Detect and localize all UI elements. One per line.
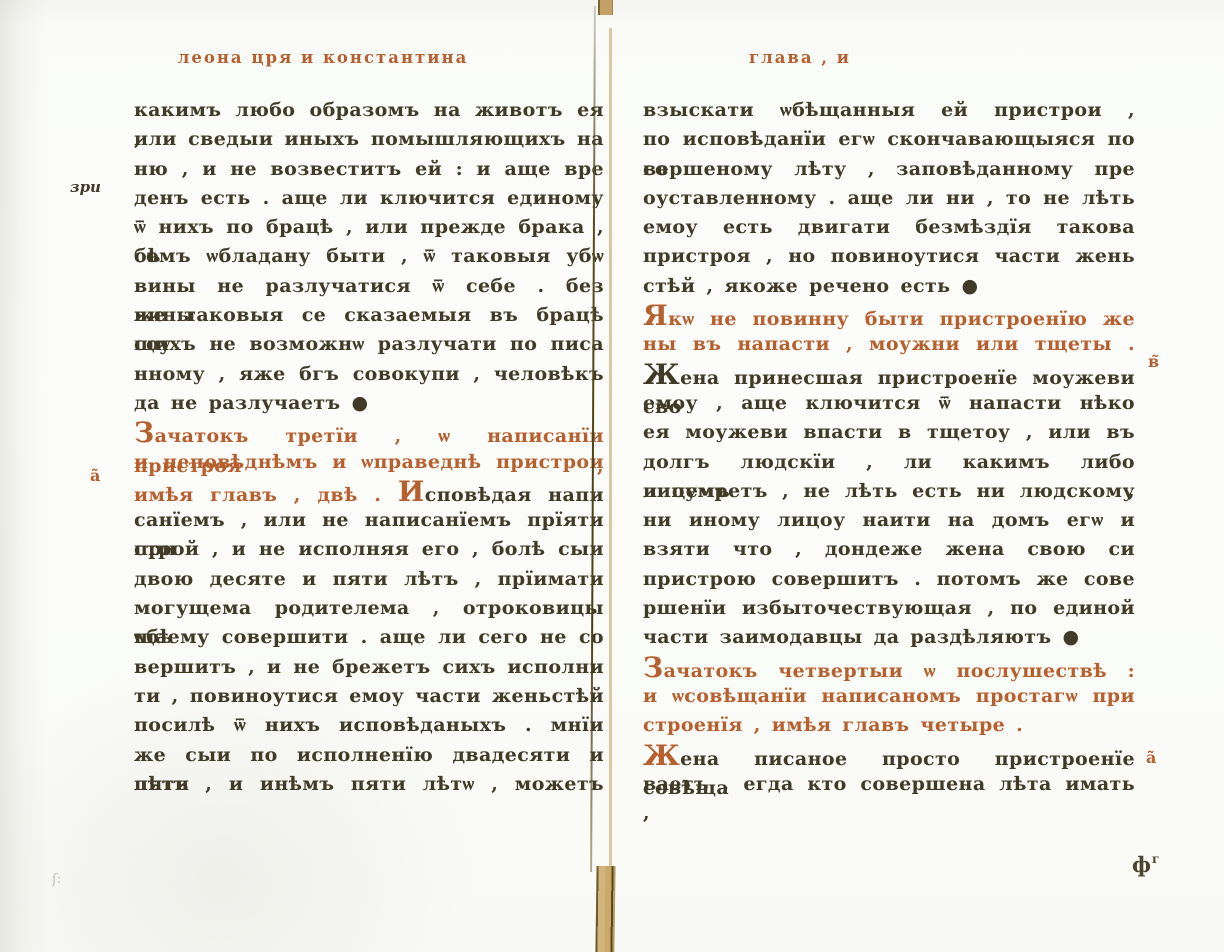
text-segment: ачатокъ четвертыи ѡ послушествѣ : xyxy=(664,660,1135,682)
text-line: или сведыи иныхъ помышляющихъ на xyxy=(134,125,604,154)
text-segment: стѣй , якоже речено есть ● xyxy=(643,275,978,297)
text-line: вершитъ , и не брежетъ сихъ исполни xyxy=(134,653,604,682)
right-text-block: взыскати ѡбѣщанныя ей пристрои ,по испов… xyxy=(643,96,1135,799)
text-line: ни иному лицоу наити на домъ егѡ и xyxy=(643,506,1135,535)
text-line: Якѡ не повинну быти пристроенїю же xyxy=(643,301,1135,330)
text-line: оуставленному . аще ли ни , то не лѣть xyxy=(643,184,1135,213)
margin-chapter-number-right-top: в̃ xyxy=(1148,352,1159,371)
initial-letter: Ж xyxy=(643,358,680,391)
text-line: ршенїи избыточествующая , по единой xyxy=(643,594,1135,623)
text-segment: ны въ напасти , моужни или тщеты . xyxy=(643,333,1135,355)
text-segment: ни иному лицоу наити на домъ егѡ и xyxy=(643,509,1135,531)
initial-letter: Ж xyxy=(643,739,680,772)
margin-chapter-number-left: а̃ xyxy=(90,466,100,485)
text-line: части заимодавцы да раздѣляютъ ● xyxy=(643,623,1135,652)
text-line: вины не разлучатися ѿ себе . без вины xyxy=(134,272,604,301)
text-line: посилѣ ѿ нихъ исповѣданыхъ . мнїи xyxy=(134,711,604,740)
text-segment: оуставленному . аще ли ни , то не лѣть xyxy=(643,187,1135,209)
text-segment: имѣя главъ , двѣ . xyxy=(134,484,398,506)
text-line: Жена принесшая пристроенїе моужеви сво xyxy=(643,360,1135,389)
text-segment: взыскати ѡбѣщанныя ей пристрои , xyxy=(643,99,1135,121)
text-line: емоу есть двигати безмѣздїя такова xyxy=(643,213,1135,242)
text-line: строй , и не исполняя его , болѣ сыи xyxy=(134,535,604,564)
text-line: и ѡсовѣщанїи написаномъ простагѡ при xyxy=(643,682,1135,711)
folio-superscript: г xyxy=(1152,852,1159,866)
right-running-title: глава , и xyxy=(700,48,900,67)
text-segment: вершитъ , и не брежетъ сихъ исполни xyxy=(134,656,604,678)
text-line: лѣтъ , и инѣмъ пяти лѣтѡ , можетъ xyxy=(134,770,604,799)
text-line: взыскати ѡбѣщанныя ей пристрои , xyxy=(643,96,1135,125)
text-line: же сыи по исполненїю двадесяти и пяти xyxy=(134,741,604,770)
initial-letter: З xyxy=(643,651,664,684)
text-segment: строй , и не исполняя его , болѣ сыи xyxy=(134,538,604,560)
text-segment: ршенїи избыточествующая , по единой xyxy=(643,597,1135,619)
text-line: же таковыя се сказаемыя въ брацѣ соу xyxy=(134,301,604,330)
text-line: да не разлучаетъ ● xyxy=(134,389,604,418)
text-segment: сомъ ѡбладану быти , ѿ таковыя убѡ xyxy=(134,245,604,267)
text-segment: лѣтъ , и инѣмъ пяти лѣтѡ , можетъ xyxy=(134,773,604,795)
text-segment: взяти что , дондеже жена свою си xyxy=(643,538,1135,560)
text-segment: ти , повиноутися емоу части женьстѣй xyxy=(134,685,604,707)
text-segment: вершеному лѣту , заповѣданному пре xyxy=(643,158,1135,180)
book-spread: леона цря и константина зри а̃ какимъ лю… xyxy=(0,0,1224,952)
text-line: строенїя , имѣя главъ четыре . xyxy=(643,711,1135,740)
left-running-title: леона цря и константина xyxy=(108,48,538,67)
text-segment: двою десяте и пяти лѣтъ , прїимати xyxy=(134,568,604,590)
text-segment: кѡ не повинну быти пристроенїю же xyxy=(668,308,1135,330)
text-segment: посилѣ ѿ нихъ исповѣданыхъ . мнїи xyxy=(134,714,604,736)
text-segment: пристрою совершитъ . потомъ же сове xyxy=(643,568,1135,590)
text-line: и неповѣднѣмъ и ѡправеднѣ пристрои . xyxy=(134,448,604,477)
text-segment: или сведыи иныхъ помышляющихъ на xyxy=(134,128,604,150)
text-segment: пристроя , но повиноутися части жень xyxy=(643,245,1135,267)
text-segment: и ѡсовѣщанїи написаномъ простагѡ при xyxy=(643,685,1135,707)
text-line: Зачатокъ четвертыи ѡ послушествѣ : xyxy=(643,653,1135,682)
text-line: стѣй , якоже речено есть ● xyxy=(643,272,1135,301)
text-line: долгъ людскїи , ли какимъ либо лицемъ , xyxy=(643,448,1135,477)
text-segment: денъ есть . аще ли ключится единому xyxy=(134,187,604,209)
text-line: двою десяте и пяти лѣтъ , прїимати xyxy=(134,565,604,594)
text-segment: строенїя , имѣя главъ четыре . xyxy=(643,714,1023,736)
text-segment: части заимодавцы да раздѣляютъ ● xyxy=(643,626,1079,648)
text-line: Зачатокъ третїи , ѡ написанїи пристроя , xyxy=(134,418,604,447)
initial-letter: Я xyxy=(643,299,668,332)
text-line: взяти что , дондеже жена свою си xyxy=(643,535,1135,564)
text-segment: емоу , аще ключится ѿ напасти нѣко xyxy=(643,392,1135,414)
initial-letter: З xyxy=(134,416,155,449)
binding-fold-bottom xyxy=(595,866,615,952)
text-line: ея моужеви впасти в тщетоу , или въ xyxy=(643,418,1135,447)
binding-fold-top xyxy=(598,0,613,15)
text-line: пристрою совершитъ . потомъ же сове xyxy=(643,565,1135,594)
right-page: глава , и в̃ а̃ взыскати ѡбѣщанныя ей пр… xyxy=(614,0,1224,952)
left-page: леона цря и константина зри а̃ какимъ лю… xyxy=(0,0,610,952)
pencil-smudge: ſ: xyxy=(51,871,62,887)
text-segment: да не разлучаетъ ● xyxy=(134,392,369,414)
text-line: пристроя , но повиноутися части жень xyxy=(643,242,1135,271)
folio-base: ф xyxy=(1132,852,1151,877)
text-line: какимъ любо образомъ на животъ ея , xyxy=(134,96,604,125)
text-line: по исповѣданїи егѡ скончавающыяся по со xyxy=(643,125,1135,154)
text-segment: ваетъ , егда кто совершена лѣта имать , xyxy=(643,773,1135,824)
text-line: сомъ ѡбладану быти , ѿ таковыя убѡ xyxy=(134,242,604,271)
text-line: щаему совершити . аще ли сего не со xyxy=(134,623,604,652)
text-line: щихъ не возможнѡ разлучати по писа xyxy=(134,330,604,359)
text-segment: емоу есть двигати безмѣздїя такова xyxy=(643,216,1135,238)
text-line: ню , и не возвеститъ ей : и аще вре xyxy=(134,155,604,184)
text-segment: щаему совершити . аще ли сего не со xyxy=(134,626,604,648)
initial-letter: И xyxy=(398,475,425,508)
text-line: емоу , аще ключится ѿ напасти нѣко xyxy=(643,389,1135,418)
text-segment: нному , яже бгъ совокупи , человѣкъ xyxy=(134,363,604,385)
binding-fold-highlight xyxy=(609,28,612,870)
text-line: вершеному лѣту , заповѣданному пре xyxy=(643,155,1135,184)
text-segment: и оумретъ , не лѣть есть ни людскому xyxy=(643,480,1135,502)
folio-number: фг xyxy=(1132,852,1159,877)
text-line: и оумретъ , не лѣть есть ни людскому xyxy=(643,477,1135,506)
text-segment: сповѣдая напи xyxy=(425,484,604,506)
margin-note-zri: зри xyxy=(70,178,101,196)
text-line: имѣя главъ , двѣ . Исповѣдая напи xyxy=(134,477,604,506)
text-line: денъ есть . аще ли ключится единому xyxy=(134,184,604,213)
left-text-block: какимъ любо образомъ на животъ ея ,или с… xyxy=(134,96,604,799)
text-line: Жена писаное просто пристроенїе совѣща xyxy=(643,741,1135,770)
text-line: ѿ нихъ по брацѣ , или прежде брака , бѣ xyxy=(134,213,604,242)
text-segment: ню , и не возвеститъ ей : и аще вре xyxy=(134,158,604,180)
text-line: ти , повиноутися емоу части женьстѣй xyxy=(134,682,604,711)
text-line: нному , яже бгъ совокупи , человѣкъ xyxy=(134,360,604,389)
text-line: могущема родителема , отроковицы ѡбѣ xyxy=(134,594,604,623)
text-segment: щихъ не возможнѡ разлучати по писа xyxy=(134,333,604,355)
text-line: ваетъ , егда кто совершена лѣта имать , xyxy=(643,770,1135,799)
text-line: ны въ напасти , моужни или тщеты . xyxy=(643,330,1135,359)
text-segment: ея моужеви впасти в тщетоу , или въ xyxy=(643,421,1135,443)
margin-chapter-number-right-bottom: а̃ xyxy=(1146,748,1156,767)
text-line: санїемъ , или не написанїемъ прїяти при xyxy=(134,506,604,535)
